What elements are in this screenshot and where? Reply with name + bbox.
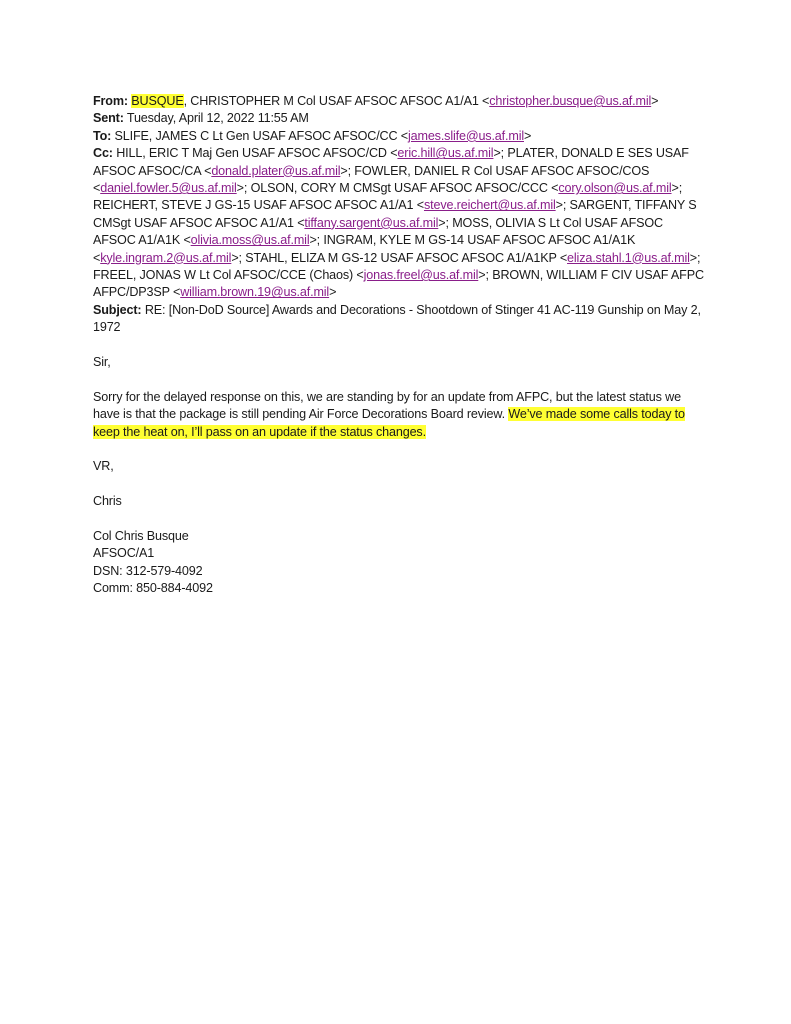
cc-recipient-name: FREEL, JONAS W Lt Col AFSOC/CCE (Chaos) …: [93, 268, 364, 282]
signoff: Chris: [93, 493, 708, 510]
from-email-link[interactable]: christopher.busque@us.af.mil: [489, 94, 651, 108]
cc-recipient-name: OLSON, CORY M CMSgt USAF AFSOC AFSOC/CCC…: [247, 181, 558, 195]
to-label: To:: [93, 129, 111, 143]
to-name: SLIFE, JAMES C Lt Gen USAF AFSOC AFSOC/C…: [111, 129, 408, 143]
cc-recipient-list: HILL, ERIC T Maj Gen USAF AFSOC AFSOC/CD…: [93, 146, 704, 299]
salutation: Sir,: [93, 354, 708, 371]
from-close: >: [651, 94, 658, 108]
signature-comm: Comm: 850-884-4092: [93, 580, 708, 597]
sent-label: Sent:: [93, 111, 124, 125]
cc-email-link[interactable]: olivia.moss@us.af.mil: [191, 233, 310, 247]
cc-recipient-name: REICHERT, STEVE J GS-15 USAF AFSOC AFSOC…: [93, 198, 424, 212]
from-name: , CHRISTOPHER M Col USAF AFSOC AFSOC A1/…: [184, 94, 490, 108]
sent-line: Sent: Tuesday, April 12, 2022 11:55 AM: [93, 110, 708, 127]
cc-email-link[interactable]: eliza.stahl.1@us.af.mil: [567, 251, 690, 265]
cc-email-link[interactable]: eric.hill@us.af.mil: [397, 146, 493, 160]
subject-value: RE: [Non-DoD Source] Awards and Decorati…: [93, 303, 701, 334]
subject-line: Subject: RE: [Non-DoD Source] Awards and…: [93, 302, 708, 337]
cc-email-link[interactable]: daniel.fowler.5@us.af.mil: [100, 181, 236, 195]
to-line: To: SLIFE, JAMES C Lt Gen USAF AFSOC AFS…: [93, 128, 708, 145]
signature-org: AFSOC/A1: [93, 545, 708, 562]
from-label: From:: [93, 94, 128, 108]
sent-value: Tuesday, April 12, 2022 11:55 AM: [124, 111, 309, 125]
cc-email-link[interactable]: tiffany.sargent@us.af.mil: [304, 216, 438, 230]
cc-recipient-name: HILL, ERIC T Maj Gen USAF AFSOC AFSOC/CD…: [113, 146, 398, 160]
subject-label: Subject:: [93, 303, 141, 317]
cc-email-link[interactable]: william.brown.19@us.af.mil: [180, 285, 329, 299]
cc-email-link[interactable]: jonas.freel@us.af.mil: [364, 268, 479, 282]
cc-line: Cc: HILL, ERIC T Maj Gen USAF AFSOC AFSO…: [93, 145, 708, 302]
to-close: >: [524, 129, 531, 143]
from-line: From: BUSQUE, CHRISTOPHER M Col USAF AFS…: [93, 93, 708, 110]
cc-recipient-name: STAHL, ELIZA M GS-12 USAF AFSOC AFSOC A1…: [242, 251, 567, 265]
cc-email-link[interactable]: steve.reichert@us.af.mil: [424, 198, 556, 212]
from-name-highlighted: BUSQUE: [131, 94, 183, 108]
email-printout: From: BUSQUE, CHRISTOPHER M Col USAF AFS…: [93, 93, 708, 598]
to-email-link[interactable]: james.slife@us.af.mil: [408, 129, 524, 143]
signature-block: Col Chris Busque AFSOC/A1 DSN: 312-579-4…: [93, 528, 708, 598]
closing: VR,: [93, 458, 708, 475]
cc-label: Cc:: [93, 146, 113, 160]
cc-email-link[interactable]: cory.olson@us.af.mil: [558, 181, 671, 195]
cc-email-link[interactable]: kyle.ingram.2@us.af.mil: [100, 251, 231, 265]
cc-email-link[interactable]: donald.plater@us.af.mil: [211, 164, 340, 178]
signature-dsn: DSN: 312-579-4092: [93, 563, 708, 580]
signature-name: Col Chris Busque: [93, 528, 708, 545]
body-paragraph: Sorry for the delayed response on this, …: [93, 389, 708, 441]
